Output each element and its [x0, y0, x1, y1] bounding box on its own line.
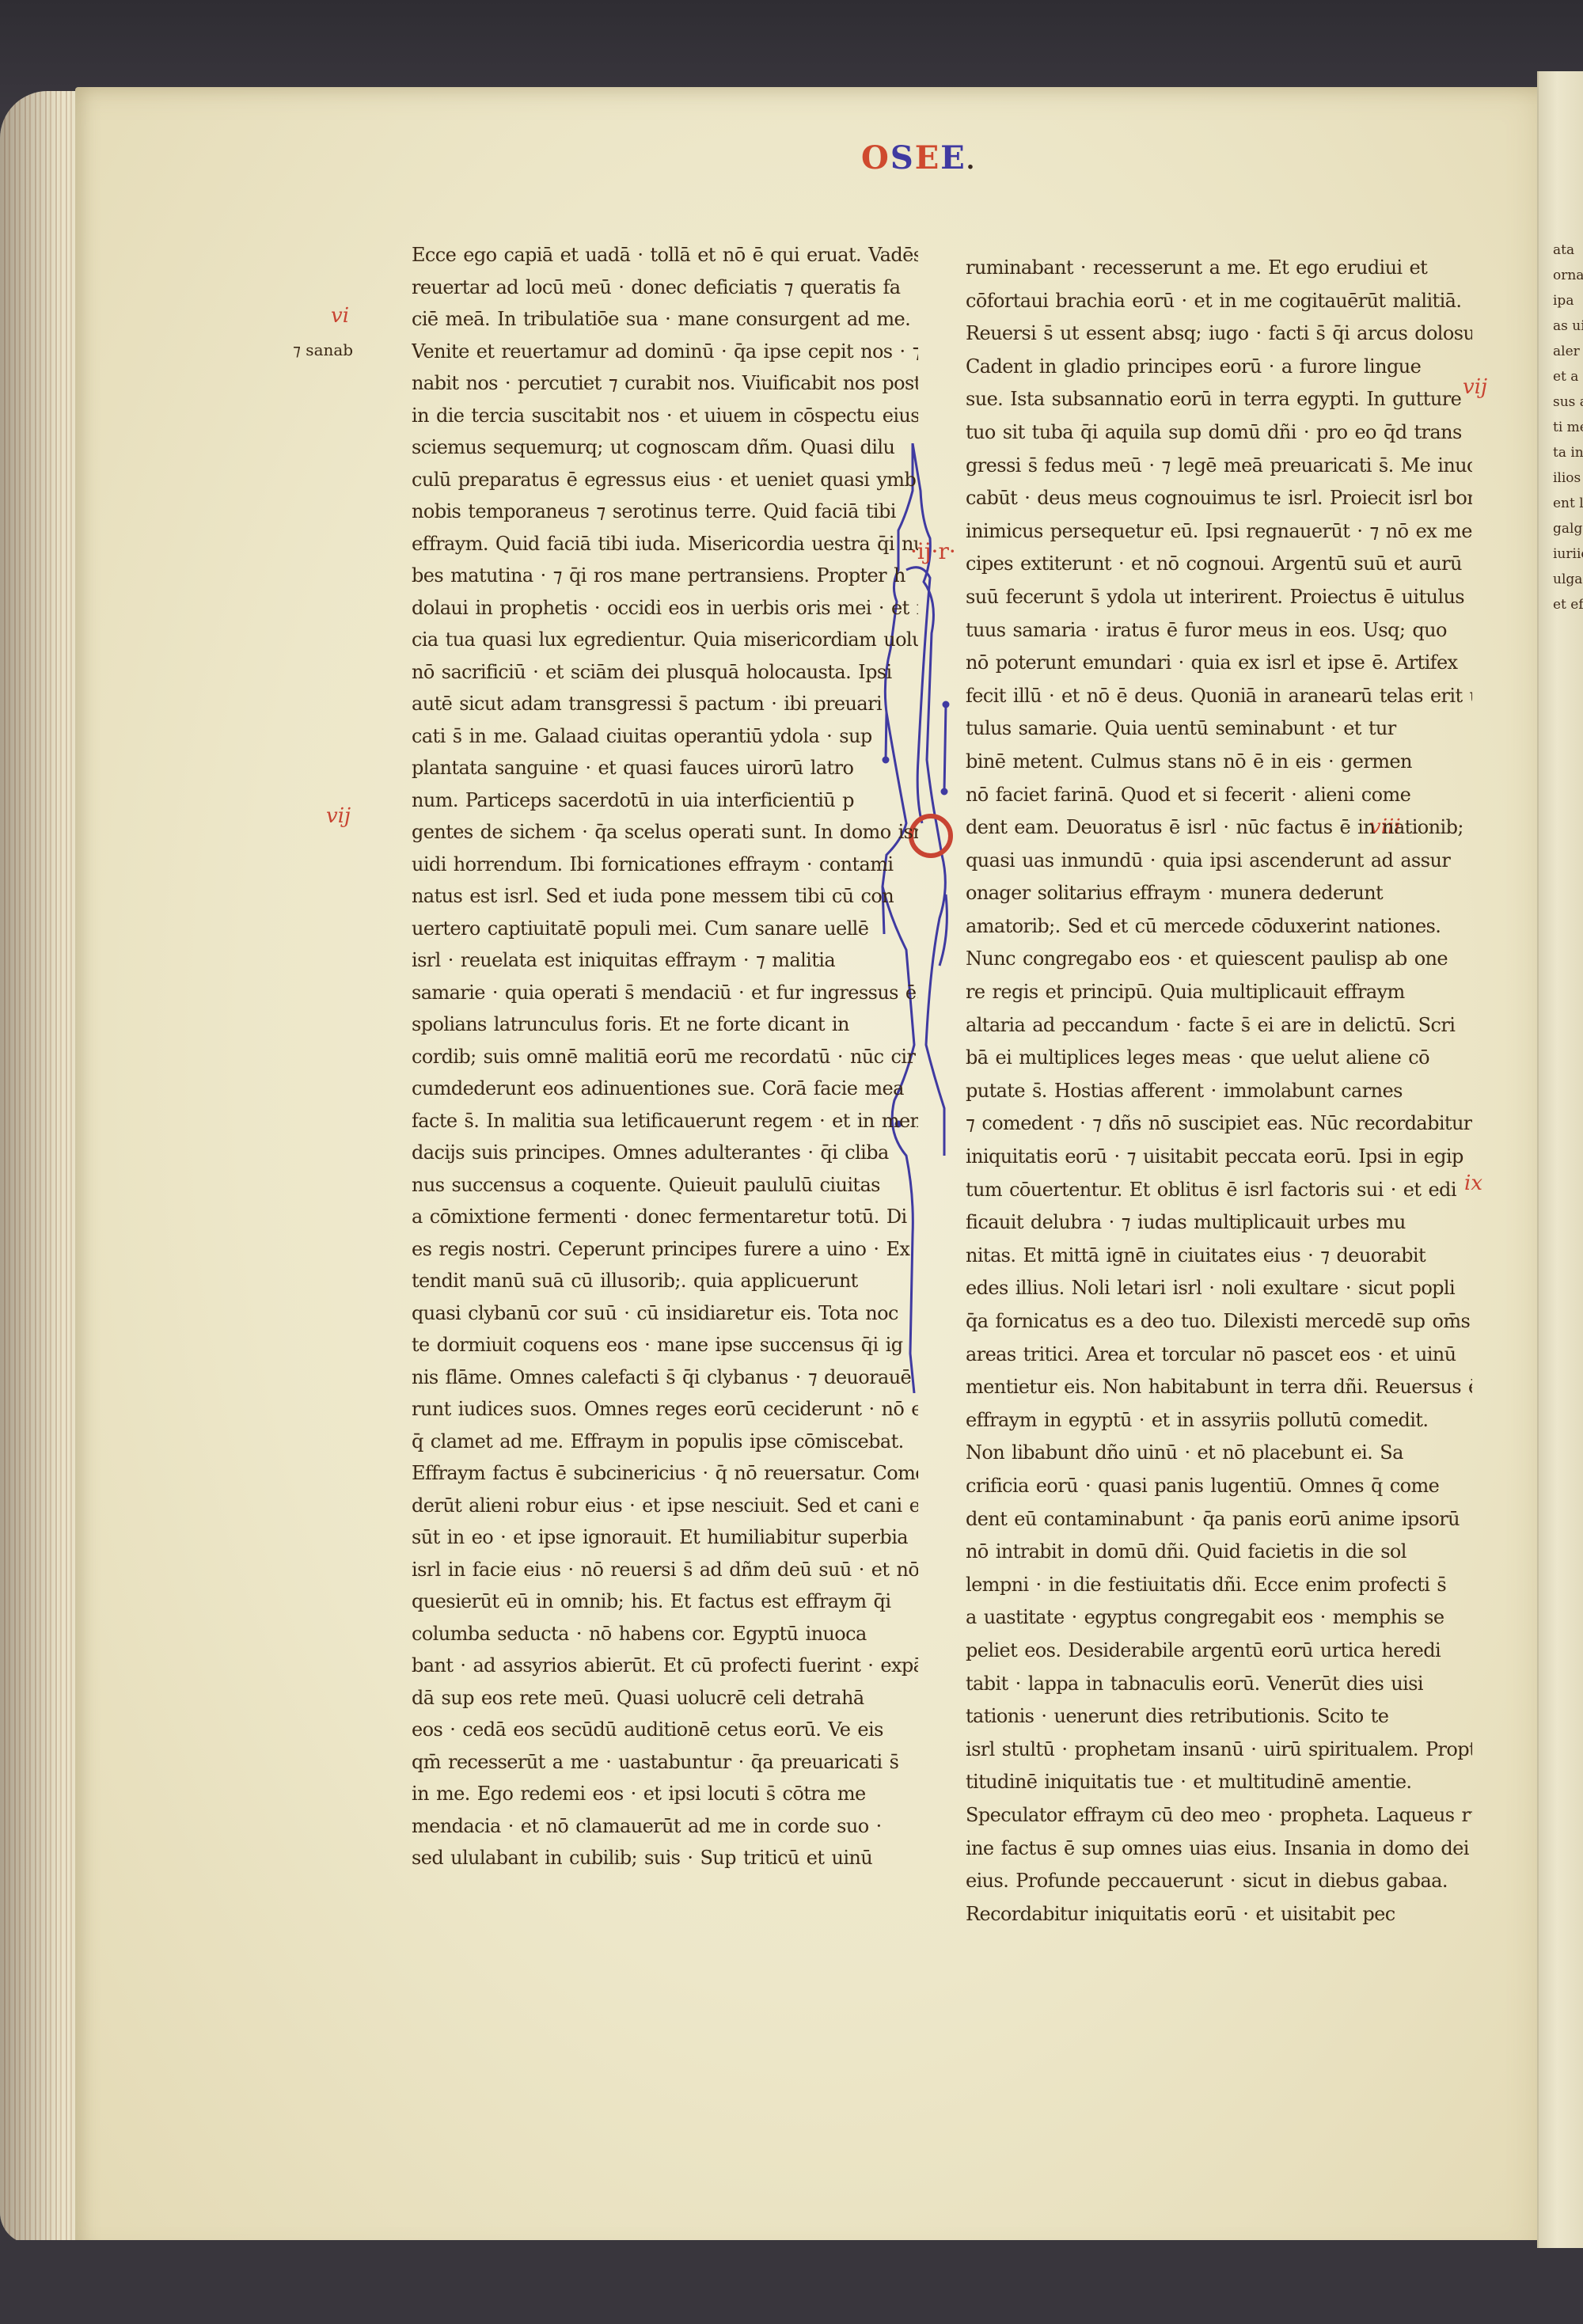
text-line: culū preparatus ē egressus eius · et uen… [412, 464, 918, 496]
next-page-fragment: aler [1553, 339, 1583, 364]
text-line: eius. Profunde peccauerunt · sicut in di… [966, 1865, 1472, 1898]
text-line: edes illius. Noli letari isrl · noli exu… [966, 1272, 1472, 1305]
text-line: cipes extiterunt · et nō cognoui. Argent… [966, 548, 1472, 581]
text-line: tulus samarie. Quia uentū seminabunt · e… [966, 712, 1472, 746]
text-line: isrl stultū · prophetam insanū · uirū sp… [966, 1734, 1472, 1767]
running-head-letter: E [915, 139, 941, 177]
text-line: bant · ad assyrios abierūt. Et cū profec… [412, 1650, 918, 1682]
text-line: uertero captiuitatē populi mei. Cum sana… [412, 913, 918, 945]
text-line: autē sicut adam transgressi s̄ pactum · … [412, 688, 918, 720]
text-line: tum cōuertentur. Et oblitus ē isrl facto… [966, 1174, 1472, 1207]
next-page-fragment: ulga [1553, 567, 1583, 592]
text-line: tuo sit tuba q̄i aquila sup domū dñi · p… [966, 416, 1472, 450]
text-line: tationis · uenerunt dies retributionis. … [966, 1700, 1472, 1734]
text-line: isrl in facie eius · nō reuersi s̄ ad dñ… [412, 1554, 918, 1586]
text-line: cordib; suis omnē malitiā eorū me record… [412, 1041, 918, 1073]
text-line: Recordabitur iniquitatis eorū · et uisit… [966, 1898, 1472, 1931]
text-line: iniquitatis eorū · ⁊ uisitabit peccata e… [966, 1141, 1472, 1174]
text-line: nobis temporaneus ⁊ serotinus terre. Qui… [412, 496, 918, 528]
text-line: nō faciet farinā. Quod et si fecerit · a… [966, 779, 1472, 812]
left-text-column: Ecce ego capiā et uadā · tollā et nō ē q… [412, 239, 918, 1874]
text-line: tuus samaria · iratus ē furor meus in eo… [966, 614, 1472, 647]
running-head-dot: . [966, 147, 976, 175]
text-line: dent eam. Deuoratus ē isrl · nūc factus … [966, 811, 1472, 845]
text-line: re regis et principū. Quia multiplicauit… [966, 976, 1472, 1009]
text-line: Nunc congregabo eos · et quiescent pauli… [966, 943, 1472, 976]
text-line: Non libabunt dño uinū · et nō placebunt … [966, 1437, 1472, 1470]
text-line: cia tua quasi lux egredientur. Quia mise… [412, 624, 918, 656]
text-line: q̄a fornicatus es a deo tuo. Dilexisti m… [966, 1305, 1472, 1339]
text-line: lempni · in die festiuitatis dñi. Ecce e… [966, 1569, 1472, 1602]
text-line: dā sup eos rete meū. Quasi uolucrē celi … [412, 1682, 918, 1715]
next-page-fragment: orna [1553, 263, 1583, 288]
text-line: spolians latrunculus foris. Et ne forte … [412, 1008, 918, 1041]
text-line: dolaui in prophetis · occidi eos in uerb… [412, 592, 918, 625]
text-line: te dormiuit coquens eos · mane ipse succ… [412, 1329, 918, 1361]
backdrop-bottom [0, 2240, 1583, 2324]
text-line: Venite et reuertamur ad dominū · q̄a ips… [412, 336, 918, 368]
text-line: natus est isrl. Sed et iuda pone messem … [412, 880, 918, 913]
text-line: nis flāme. Omnes calefacti s̄ q̄i clyban… [412, 1361, 918, 1394]
next-page-fragment: ipa [1553, 288, 1583, 313]
text-line: plantata sanguine · et quasi fauces uiro… [412, 752, 918, 784]
text-line: eos · cedā eos secūdū auditionē cetus eo… [412, 1714, 918, 1746]
text-line: bā ei multiplices leges meas · que uelut… [966, 1042, 1472, 1075]
text-line: tabit · lappa in tabnaculis eorū. Venerū… [966, 1668, 1472, 1701]
text-line: nō sacrificiū · et sciām dei plusquā hol… [412, 656, 918, 689]
text-line: ciē meā. In tribulatiōe sua · mane consu… [412, 303, 918, 336]
next-page-fragment: iuriior [1553, 541, 1583, 567]
text-line: in me. Ego redemi eos · et ipsi locuti s… [412, 1778, 918, 1810]
margin-annotation: ⁊ sanab [293, 340, 353, 359]
text-line: dacijs suis principes. Omnes adulterante… [412, 1137, 918, 1169]
text-line: runt iudices suos. Omnes reges eorū ceci… [412, 1393, 918, 1426]
next-page-fragment: et effra [1553, 592, 1583, 617]
next-page-fragment: ti me [1553, 415, 1583, 440]
text-line: cabūt · deus meus cognouimus te isrl. Pr… [966, 482, 1472, 515]
text-line: ⁊ comedent · ⁊ dñs nō suscipiet eas. Nūc… [966, 1107, 1472, 1141]
text-line: sed ululabant in cubilib; suis · Sup tri… [412, 1842, 918, 1874]
text-line: effraym. Quid faciā tibi iuda. Misericor… [412, 528, 918, 560]
text-line: cati s̄ in me. Galaad ciuitas operantiū … [412, 720, 918, 753]
text-line: binē metent. Culmus stans nō ē in eis · … [966, 746, 1472, 779]
margin-chapter-number: vij [326, 804, 351, 828]
text-line: Cadent in gladio principes eorū · a furo… [966, 351, 1472, 384]
next-page-fragment: ta in [1553, 440, 1583, 465]
text-line: nō poterunt emundari · quia ex isrl et i… [966, 647, 1472, 680]
text-line: quesierūt eū in omnib; his. Et factus es… [412, 1585, 918, 1618]
text-line: areas tritici. Area et torcular nō pasce… [966, 1339, 1472, 1372]
text-line: Speculator effraym cū deo meo · propheta… [966, 1799, 1472, 1832]
text-line: Ecce ego capiā et uadā · tollā et nō ē q… [412, 239, 918, 272]
text-line: cumdederunt eos adinuentiones sue. Corā … [412, 1073, 918, 1105]
next-page-fragment: ilios [1553, 465, 1583, 491]
next-page-fragment: ata [1553, 237, 1583, 263]
text-line: onager solitarius effraym · munera deder… [966, 877, 1472, 910]
text-line: bes matutina · ⁊ q̄i ros mane pertransie… [412, 560, 918, 592]
text-line: isrl · reuelata est iniquitas effraym · … [412, 944, 918, 977]
next-page-fragment: galgal [1553, 516, 1583, 541]
text-line: amatorib;. Sed et cū mercede cōduxerint … [966, 910, 1472, 944]
text-line: dent eū contaminabunt · q̄a panis eorū a… [966, 1503, 1472, 1536]
next-page-fragment: ent lib [1553, 491, 1583, 516]
text-line: nō intrabit in domū dñi. Quid facietis i… [966, 1536, 1472, 1569]
page-edges-stack [0, 91, 87, 2244]
text-line: reuertar ad locū meū · donec deficiatis … [412, 272, 918, 304]
text-line: q̄ clamet ad me. Effraym in populis ipse… [412, 1426, 918, 1458]
text-line: inimicus persequetur eū. Ipsi regnauerūt… [966, 515, 1472, 549]
text-line: gentes de sichem · q̄a scelus operati su… [412, 816, 918, 849]
running-head-letter: S [890, 139, 915, 177]
text-line: sue. Ista subsannatio eorū in terra egyp… [966, 383, 1472, 416]
text-line: nabit nos · percutiet ⁊ curabit nos. Viu… [412, 367, 918, 400]
text-line: in die tercia suscitabit nos · et uiuem … [412, 400, 918, 432]
text-line: suū fecerunt s̄ ydola ut interirent. Pro… [966, 581, 1472, 614]
text-line: fecit illū · et nō ē deus. Quoniā in ara… [966, 680, 1472, 713]
text-line: a uastitate · egyptus congregabit eos · … [966, 1601, 1472, 1635]
text-line: peliet eos. Desiderabile argentū eorū ur… [966, 1635, 1472, 1668]
running-head-letter: O [861, 139, 890, 177]
text-line: gressi s̄ fedus meū · ⁊ legē meā preuari… [966, 450, 1472, 483]
text-line: derūt alieni robur eius · et ipse nesciu… [412, 1490, 918, 1522]
text-line: es regis nostri. Ceperunt principes fure… [412, 1233, 918, 1266]
next-page-text-fragments: ataornaipaas uialeret asus ati meta inil… [1553, 237, 1583, 617]
next-page-fragment: et a [1553, 364, 1583, 389]
text-line: mentietur eis. Non habitabunt in terra d… [966, 1371, 1472, 1404]
text-line: putate s̄. Hostias afferent · immolabunt… [966, 1075, 1472, 1108]
text-line: qm̄ recesserūt a me · uastabuntur · q̄a … [412, 1746, 918, 1779]
text-line: cōfortaui brachia eorū · et in me cogita… [966, 285, 1472, 318]
text-line: ficauit delubra · ⁊ iudas multiplicauit … [966, 1206, 1472, 1240]
text-line: columba seducta · nō habens cor. Egyptū … [412, 1618, 918, 1650]
text-line: titudinē iniquitatis tue · et multitudin… [966, 1766, 1472, 1799]
text-line: samarie · quia operati s̄ mendaciū · et … [412, 977, 918, 1009]
text-line: ine factus ē sup omnes uias eius. Insani… [966, 1832, 1472, 1866]
text-line: mendacia · et nō clamauerūt ad me in cor… [412, 1810, 918, 1843]
text-line: num. Particeps sacerdotū in uia interfic… [412, 784, 918, 817]
next-page-fragment: as ui [1553, 313, 1583, 339]
margin-chapter-number: vi [331, 304, 349, 328]
right-text-column: ruminabant · recesserunt a me. Et ego er… [966, 252, 1472, 1931]
running-head-letter: E [940, 139, 966, 177]
next-page-fragment: sus a [1553, 389, 1583, 415]
text-line: quasi clybanū cor suū · cū insidiaretur … [412, 1297, 918, 1330]
text-line: effraym in egyptū · et in assyriis pollu… [966, 1404, 1472, 1437]
text-line: quasi uas inmundū · quia ipsi ascenderun… [966, 845, 1472, 878]
text-line: facte s̄. In malitia sua letificauerunt … [412, 1105, 918, 1137]
text-line: ruminabant · recesserunt a me. Et ego er… [966, 252, 1472, 285]
text-line: Reuersi s̄ ut essent absq; iugo · facti … [966, 317, 1472, 351]
text-line: tendit manū suā cū illusorib;. quia appl… [412, 1265, 918, 1297]
text-line: sciemus sequemurq; ut cognoscam dñm. Qua… [412, 431, 918, 464]
text-line: Effraym factus ē subcinericius · q̄ nō r… [412, 1457, 918, 1490]
text-line: sūt in eo · et ipse ignorauit. Et humili… [412, 1521, 918, 1554]
text-line: altaria ad peccandum · facte s̄ ei are i… [966, 1009, 1472, 1042]
text-line: uidi horrendum. Ibi fornicationes effray… [412, 849, 918, 881]
text-line: nus succensus a coquente. Quieuit paulul… [412, 1169, 918, 1202]
text-line: a cōmixtione fermenti · donec fermentare… [412, 1201, 918, 1233]
text-line: crificia eorū · quasi panis lugentiū. Om… [966, 1470, 1472, 1503]
text-line: nitas. Et mittā ignē in ciuitates eius ·… [966, 1240, 1472, 1273]
running-head: OSEE. [861, 139, 976, 177]
